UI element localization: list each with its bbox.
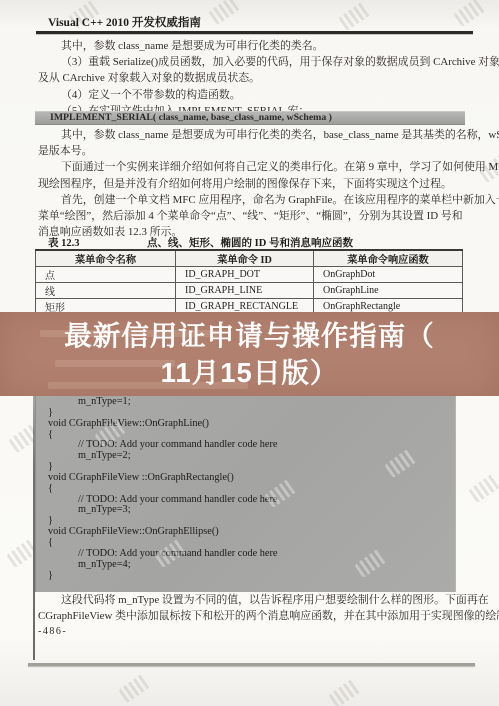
paragraph-line: 这段代码将 m_nType 设置为不同的值，以告诉程序用户想要绘制什么样的图形。… [38, 592, 473, 608]
paragraph-line: 是版本号。 [38, 143, 473, 159]
body-paragraph-block-1: 其中，参数 class_name 是想要成为可串行化类的类名。 （3）重载 Se… [38, 38, 473, 119]
promo-banner-overlay: 最新信用证申请与操作指南（ 11月15日版） [0, 312, 499, 396]
code-line: void CGraphFileView ::OnGraphRectangle() [36, 473, 455, 484]
code-line: m_nType=4; [36, 560, 455, 571]
table-caption-row: 表 12.3 点、线、矩形、椭圆的 ID 号和消息响应函数 [35, 235, 465, 248]
table-cell: ID_GRAPH_LINE [176, 283, 314, 299]
table-cell: 线 [36, 283, 176, 299]
watermark-smudge [453, 0, 487, 27]
paragraph-line: 菜单“绘图”，然后添加 4 个菜单命令“点”、“线”、“矩形”、“椭圆”，分别为… [38, 208, 473, 224]
table-cell: ID_GRAPH_DOT [176, 267, 314, 283]
paragraph-line: 其中，参数 class_name 是想要成为可串行化类的类名。 [38, 38, 473, 54]
paragraph-line: 其中，参数 class_name 是想要成为可串行化类的类名，base_clas… [38, 127, 473, 143]
paragraph-line: CGraphFileView 类中添加鼠标按下和松开的两个消息响应函数，并在其中… [38, 608, 473, 624]
body-paragraph-block-2: 其中，参数 class_name 是想要成为可串行化类的类名，base_clas… [38, 127, 473, 240]
watermark-smudge [118, 673, 152, 703]
column-header: 菜单命令 ID [176, 250, 314, 267]
paragraph-line: （3）重载 Serialize()成员函数，加入必要的代码，用于保存对象的数据成… [38, 54, 473, 70]
paragraph-line: 现绘图程序，但是并没有介绍如何将用户绘制的图像保存下来，下面将实现这个过程。 [38, 176, 473, 192]
table-cell: OnGraphLine [314, 283, 463, 299]
page-bottom-rule [28, 663, 475, 666]
banner-title-line2: 11月15日版） [0, 354, 499, 391]
column-header: 菜单命令名称 [36, 250, 176, 267]
book-header-title: Visual C++ 2010 开发权威指南 [48, 14, 201, 30]
code-line: } [36, 571, 455, 582]
code-line: m_nType=3; [36, 505, 455, 516]
header-rule [36, 31, 473, 34]
watermark-smudge [338, 1, 372, 31]
inline-code-bar: IMPLEMENT_SERIAL( class_name, base_class… [35, 111, 465, 125]
column-header: 菜单命令响应函数 [314, 250, 463, 267]
closing-paragraph: 这段代码将 m_nType 设置为不同的值，以告诉程序用户想要绘制什么样的图形。… [38, 592, 473, 624]
table-header-row: 菜单命令名称 菜单命令 ID 菜单命令响应函数 [36, 250, 463, 267]
code-line: m_nType=2; [36, 451, 455, 462]
paragraph-line: 下面通过一个实例来详细介绍如何将自己定义的类串行化。在第 9 章中，学习了如何使… [38, 159, 473, 175]
code-line: void CGraphFileView::OnGraphLine() [36, 419, 455, 430]
paragraph-line: 及从 CArchive 对象载入对象的数据成员状态。 [38, 70, 473, 86]
scanned-book-page: Visual C++ 2010 开发权威指南 其中，参数 class_name … [0, 0, 499, 706]
table-cell: 点 [36, 267, 176, 283]
paragraph-line: （4）定义一个不带参数的构造函数。 [38, 87, 473, 103]
banner-title-line1: 最新信用证申请与操作指南（ [0, 317, 499, 354]
watermark-smudge [468, 473, 499, 503]
code-block: m_nType=1; } void CGraphFileView::OnGrap… [35, 395, 456, 592]
code-line: m_nType=1; [36, 397, 455, 408]
table-caption: 点、线、矩形、椭圆的 ID 号和消息响应函数 [35, 235, 465, 250]
paragraph-line: 首先，创建一个单文档 MFC 应用程序，命名为 GraphFile。在该应用程序… [38, 192, 473, 208]
table-row: 线 ID_GRAPH_LINE OnGraphLine [36, 283, 463, 299]
watermark-smudge [328, 678, 362, 706]
code-line: void CGraphFileView::OnGraphEllipse() [36, 527, 455, 538]
page-number: -486- [38, 626, 67, 637]
table-cell: OnGraphDot [314, 267, 463, 283]
table-row: 点 ID_GRAPH_DOT OnGraphDot [36, 267, 463, 283]
watermark-smudge [208, 0, 242, 25]
code-line: { [36, 484, 455, 495]
